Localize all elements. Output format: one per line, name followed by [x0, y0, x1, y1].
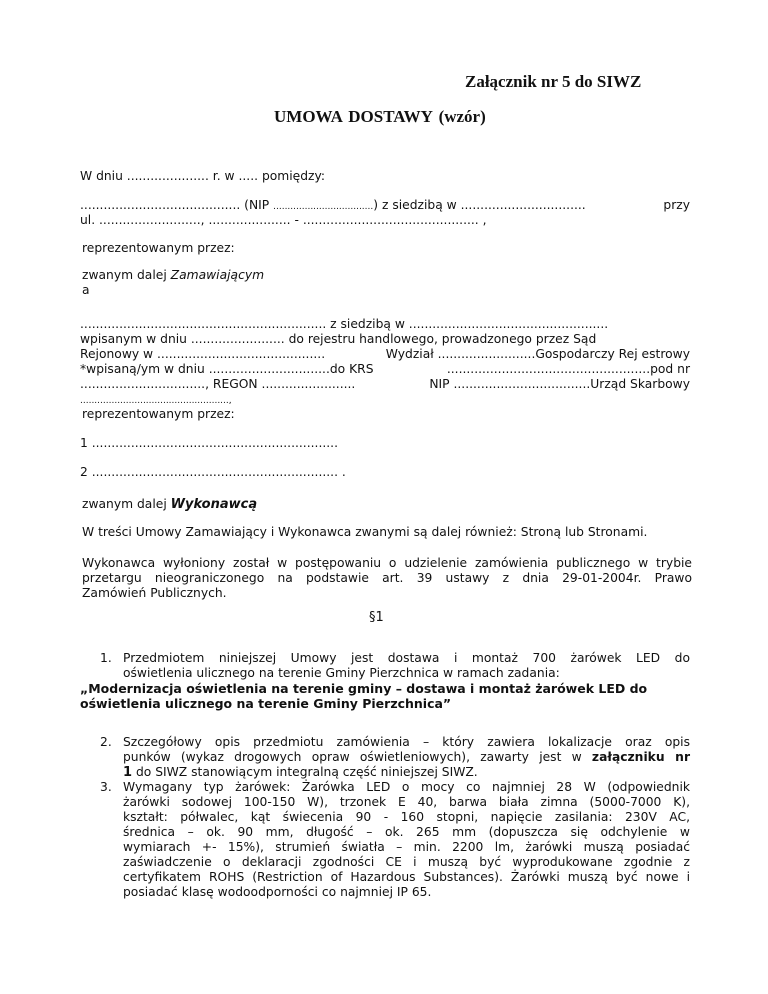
party1-called: zwanym dalej Zamawiającym [82, 268, 264, 283]
attachment-number: 1 [123, 765, 132, 780]
section-heading: §1 [369, 610, 384, 625]
list-item-2: 2. Szczegółowy opis przedmiotu zamówieni… [100, 735, 690, 780]
party2-line2: wpisanym w dniu ........................… [80, 332, 596, 347]
contractor-term: Wykonawcą [171, 497, 257, 512]
division-blank: Wydział .........................Gospoda… [386, 347, 690, 362]
item-line: punków (wykaz drogowych opraw oświetleni… [123, 750, 690, 765]
representative-1: 1 ......................................… [80, 436, 338, 451]
list-item-3: 3. Wymagany typ żarówek: Żarówka LED o m… [100, 780, 690, 900]
item-line: oświetlenia ulicznego na terenie Gminy P… [123, 666, 690, 681]
item-line: 1 do SIWZ stanowiącym integralną część n… [123, 765, 690, 780]
document-title: UMOWA DOSTAWY (wzór) [274, 107, 486, 127]
selection-line: Zamówień Publicznych. [82, 586, 692, 601]
item-line: Przedmiotem niniejszej Umowy jest dostaw… [123, 651, 690, 666]
party1-line2: ul. .........................., ........… [80, 213, 487, 228]
item-line: kształt: półwalec, kąt świecenia 90 - 16… [123, 810, 690, 825]
party1-street-label: przy [663, 198, 690, 215]
party2-represented-by: reprezentowanym przez: [82, 407, 235, 422]
annex-label: Załącznik nr 5 do SIWZ [465, 72, 641, 92]
parties-sentence: W treści Umowy Zamawiający i Wykonawca z… [82, 525, 647, 540]
regon-blank: ................................, REGON … [80, 377, 355, 392]
item-number: 3. [100, 780, 112, 795]
client-term: Zamawiającym [171, 268, 264, 282]
selection-line: przetargu nieograniczonego na podstawie … [82, 571, 692, 586]
item-line: Wymagany typ żarówek: Żarówka LED o mocy… [123, 780, 690, 795]
party1-seat-blank: ) z siedzibą w .........................… [373, 198, 585, 212]
list-item-1: 1. Przedmiotem niniejszej Umowy jest dos… [100, 651, 690, 681]
task-title-line: oświetlenia ulicznego na terenie Gminy P… [80, 696, 647, 711]
party2-line4: *wpisaną/ym w dniu .....................… [80, 362, 690, 377]
item-line: zaświadczenie o deklaracji zgodności CE … [123, 855, 690, 870]
nip-tax-office-blank: NIP ...................................U… [429, 377, 690, 392]
party2-line3: Rejonowy w .............................… [80, 347, 690, 362]
selection-paragraph: Wykonawca wyłoniony został w postępowani… [82, 556, 692, 601]
item-line: średnica – ok. 90 mm, długość – ok. 265 … [123, 825, 690, 840]
task-title-line: „Modernizacja oświetlenia na terenie gmi… [80, 681, 647, 696]
item-text: do SIWZ stanowiącym integralną część nin… [132, 765, 478, 779]
krs-date-blank: *wpisaną/ym w dniu .....................… [80, 362, 374, 377]
party1-name-blank: ........................................… [80, 198, 273, 212]
conjunction-and: a [82, 283, 90, 298]
party2-called: zwanym dalej Wykonawcą [82, 497, 257, 512]
party2-line1: ........................................… [80, 317, 608, 332]
called-prefix: zwanym dalej [82, 268, 171, 282]
representative-2: 2 ......................................… [80, 465, 346, 480]
item-line: wymiarach +- 15%), strumień światła – mi… [123, 840, 690, 855]
date-line: W dniu ..................... r. w ..... … [80, 169, 325, 184]
krs-number-blank: ........................................… [447, 362, 690, 377]
item-line: posiadać klasę wodoodporności co najmnie… [123, 885, 690, 900]
item-text: punków (wykaz drogowych opraw oświetleni… [123, 750, 592, 764]
item-number: 2. [100, 735, 112, 750]
party1-represented-by: reprezentowanym przez: [82, 241, 235, 256]
attachment-reference: załączniku nr [592, 750, 690, 764]
item-number: 1. [100, 651, 112, 666]
called-prefix: zwanym dalej [82, 497, 171, 511]
selection-line: Wykonawca wyłoniony został w postępowani… [82, 556, 692, 571]
item-line: Szczegółowy opis przedmiotu zamówienia –… [123, 735, 690, 750]
party1-nip-blank: ................................... [273, 202, 373, 212]
item-line: żarówki sodowej 100-150 W), trzonek E 40… [123, 795, 690, 810]
task-title: „Modernizacja oświetlenia na terenie gmi… [80, 681, 647, 711]
party2-line5: ................................, REGON … [80, 377, 690, 392]
court-blank: Rejonowy w .............................… [80, 347, 325, 362]
item-line: certyfikatem ROHS (Restriction of Hazard… [123, 870, 690, 885]
